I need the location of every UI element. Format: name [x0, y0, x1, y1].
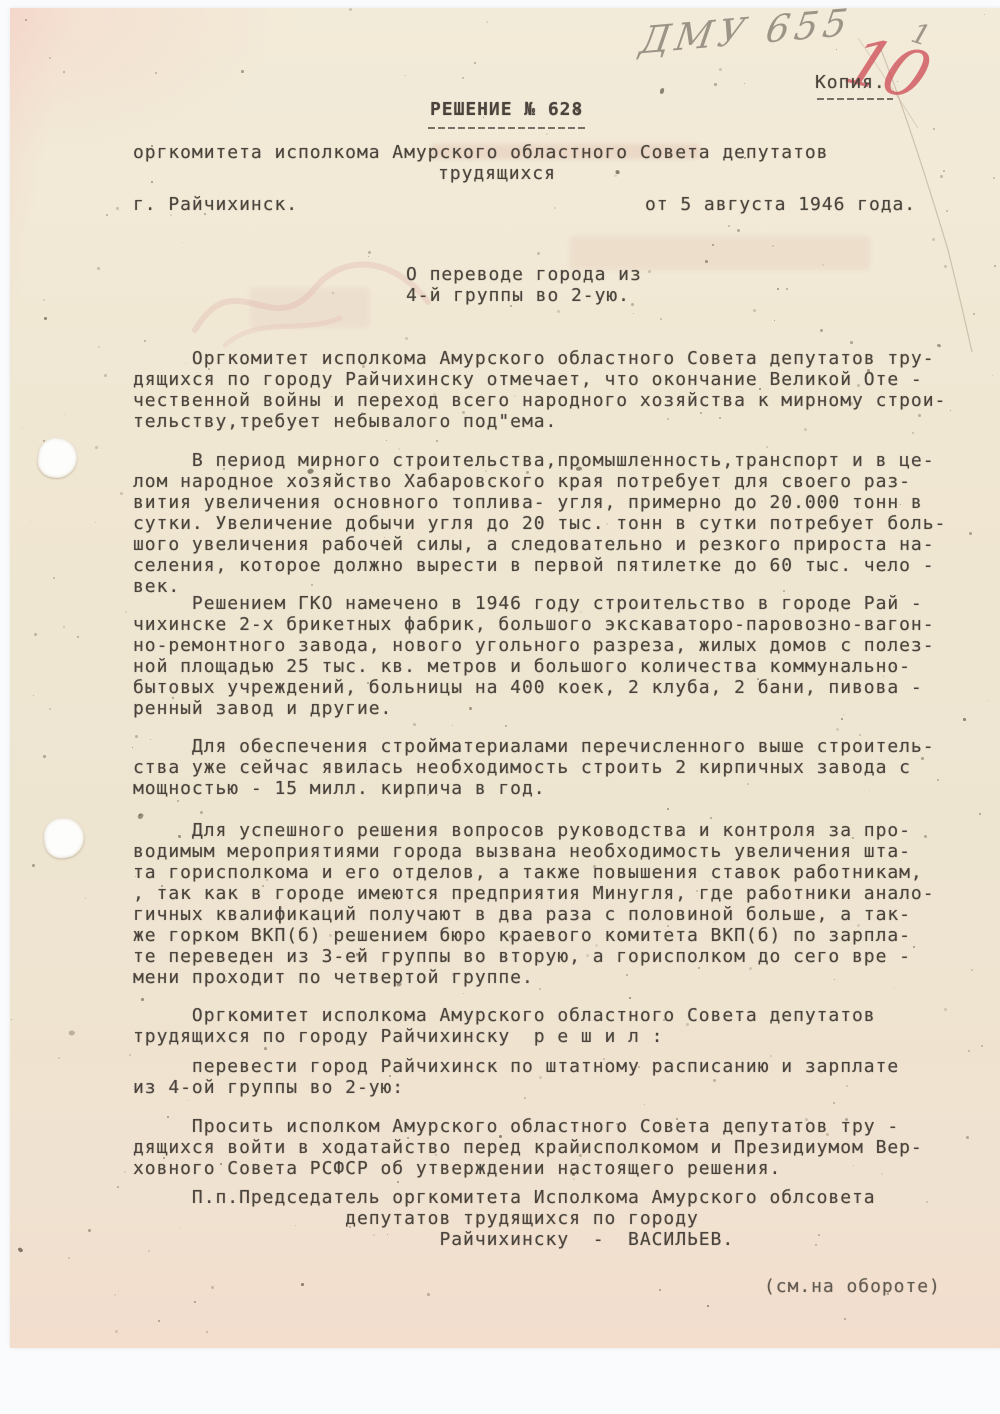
paragraph-7-decision-item: перевести город Райчихинск по штатному р…	[133, 1056, 899, 1098]
issuing-org-line2: трудящихся	[438, 163, 556, 184]
paragraph-6-resolution: Оргкомитет исполкома Амурского областног…	[133, 1005, 876, 1047]
paragraph-8-petition: Просить исполком Амурского областного Со…	[133, 1116, 923, 1179]
subject-block: О переводе города из 4-й группы во 2-ую.	[406, 264, 642, 306]
paragraph-5: Для успешного решения вопросов руководст…	[133, 820, 935, 988]
copy-stamp-label: Копия.	[815, 72, 886, 93]
see-reverse-note: (см.на обороте)	[764, 1276, 941, 1297]
paragraph-2: В период мирного строительства,промышлен…	[133, 450, 946, 597]
title-underline	[428, 127, 588, 129]
city-label: г. Райчихинск.	[133, 194, 298, 215]
document-title: РЕШЕНИЕ № 628	[430, 99, 583, 120]
scanned-document-page: ДМУ 655 10 1 Копия. РЕШЕНИЕ № 628 оргком…	[0, 0, 1000, 1414]
copy-underline	[817, 98, 893, 100]
signature-block: П.п.Председатель оргкомитета Исполкома А…	[133, 1187, 876, 1250]
issuing-org-line: оргкомитета исполкома Амурского областно…	[133, 142, 828, 163]
date-label: от 5 августа 1946 года.	[645, 194, 916, 215]
bleed-through-smudge	[250, 288, 370, 328]
paragraph-1: Оргкомитет исполкома Амурского областног…	[133, 348, 946, 432]
paragraph-3: Решением ГКО намечено в 1946 году строит…	[133, 593, 935, 719]
paragraph-4: Для обеспечения стройматериалами перечис…	[133, 736, 935, 799]
